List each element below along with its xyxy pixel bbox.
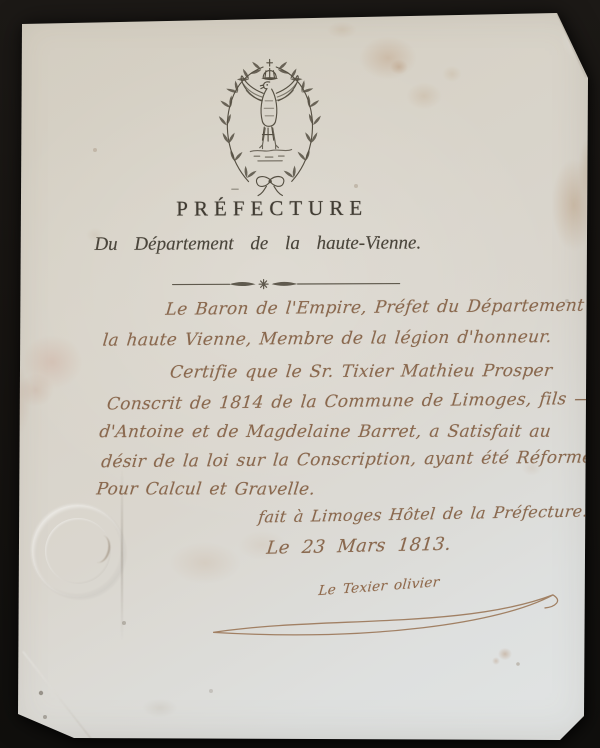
manuscript-line: désir de la loi sur la Conscription, aya…	[100, 447, 600, 472]
ink-specks	[0, 0, 2, 2]
manuscript-line: Pour Calcul et Gravelle.	[96, 479, 317, 499]
imperial-eagle-emblem-icon	[209, 54, 332, 199]
document-content: PRÉFECTURE Du Département de la haute-Vi…	[0, 0, 600, 748]
letterhead-title: PRÉFECTURE	[176, 196, 368, 222]
document-paper: PRÉFECTURE Du Département de la haute-Vi…	[0, 0, 600, 748]
manuscript-line: Certifie que le Sr. Tixier Mathieu Prosp…	[169, 361, 553, 383]
closing-date-line: Le 23 Mars 1813.	[266, 534, 452, 559]
embossed-seal	[32, 505, 124, 597]
manuscript-line: Le Baron de l'Empire, Préfet du Départem…	[165, 295, 600, 319]
ornamental-divider-icon	[172, 276, 402, 293]
closing-place-line: fait à Limoges Hôtel de la Préfecture.	[257, 501, 589, 526]
manuscript-line: la haute Vienne, Membre de la légion d'h…	[102, 327, 553, 351]
paper-shadow-wrap: PRÉFECTURE Du Département de la haute-Vi…	[0, 0, 600, 748]
manuscript-line: Conscrit de 1814 de la Commune de Limoge…	[106, 389, 593, 415]
photo-background: PRÉFECTURE Du Département de la haute-Vi…	[0, 0, 600, 748]
seal-ink-mark	[87, 533, 113, 565]
signature-flourish-icon	[201, 587, 571, 649]
manuscript-line: d'Antoine et de Magdelaine Barret, a Sat…	[98, 422, 552, 442]
letterhead-subtitle: Du Département de la haute-Vienne.	[94, 232, 421, 255]
